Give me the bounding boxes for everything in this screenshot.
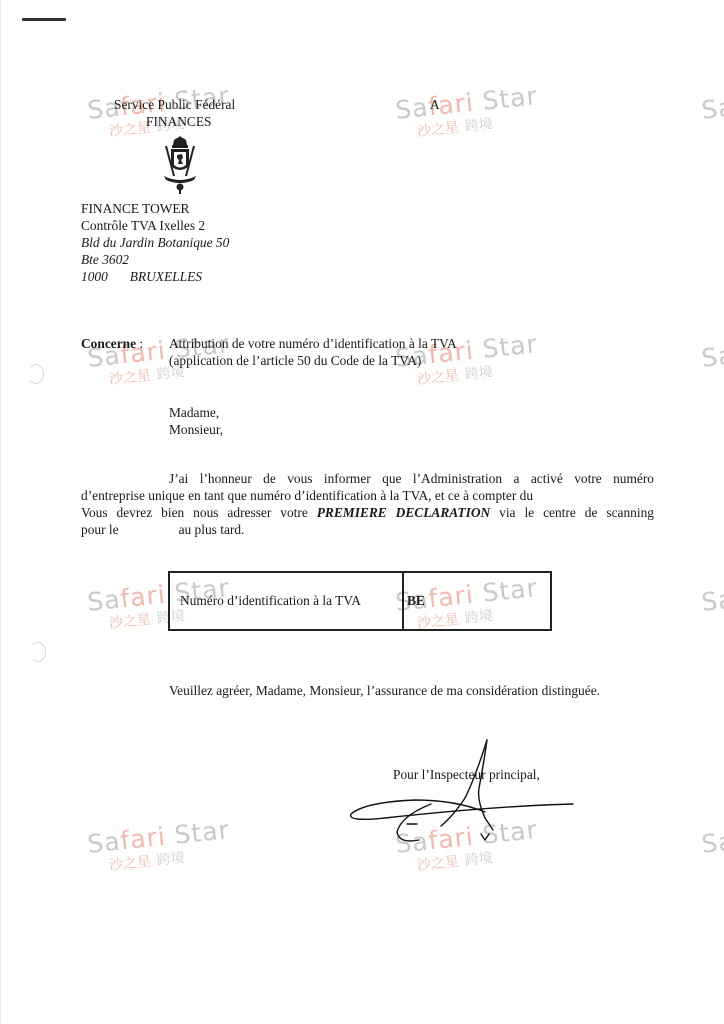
subject-line-2: (application de l’article 50 du Code de …: [169, 352, 421, 369]
subject-label: Concerne :: [81, 335, 143, 352]
page-edge: [0, 0, 1, 1024]
watermark: Sa: [700, 344, 724, 373]
first-declaration-emphasis: PREMIERE DECLARATION: [317, 505, 490, 520]
vat-number-box: Numéro d’identification à la TVA BE: [168, 571, 552, 631]
punch-hole: [28, 364, 44, 384]
body-line-3: Vous devrez bien nous adresser votre PRE…: [81, 504, 654, 522]
top-rule-mark: [22, 18, 66, 21]
vat-number-label: Numéro d’identification à la TVA: [170, 573, 404, 629]
body-line-2: d’entreprise unique en tant que numéro d…: [81, 487, 533, 504]
subject-line-1: Attribution de votre numéro d’identifica…: [169, 335, 457, 352]
vat-number-value: BE: [404, 573, 550, 629]
punch-hole: [30, 642, 46, 662]
handwritten-signature-icon: [345, 738, 585, 848]
body-line-4: pour leau plus tard.: [81, 521, 244, 538]
recipient-marker: A: [430, 96, 440, 113]
postal-code: 1000: [81, 269, 108, 284]
sender-line-1: Service Public Fédéral: [114, 96, 235, 113]
watermark: Safari Star 沙之星跨境: [394, 96, 537, 141]
city: BRUXELLES: [130, 269, 202, 284]
belgian-coat-of-arms-icon: [160, 136, 200, 194]
watermark: Sa: [700, 96, 724, 125]
watermark: Sa: [700, 830, 724, 859]
watermark: Safari Star 沙之星跨境: [86, 830, 229, 875]
office-city-line: 1000BRUXELLES: [81, 268, 202, 285]
closing-formula: Veuillez agréer, Madame, Monsieur, l’ass…: [169, 682, 600, 699]
salutation-madame: Madame,: [169, 404, 219, 421]
body-line-1: J’ai l’honneur de vous informer que l’Ad…: [81, 470, 654, 488]
office-name: FINANCE TOWER: [81, 200, 190, 217]
watermark: Sa: [700, 588, 724, 617]
salutation-monsieur: Monsieur,: [169, 421, 223, 438]
sender-line-2: FINANCES: [146, 113, 211, 130]
letter-page: Safari Star 沙之星跨境 Safari Star 沙之星跨境 Sa S…: [0, 0, 724, 1024]
office-department: Contrôle TVA Ixelles 2: [81, 217, 205, 234]
office-street: Bld du Jardin Botanique 50: [81, 234, 229, 251]
office-box: Bte 3602: [81, 251, 129, 268]
